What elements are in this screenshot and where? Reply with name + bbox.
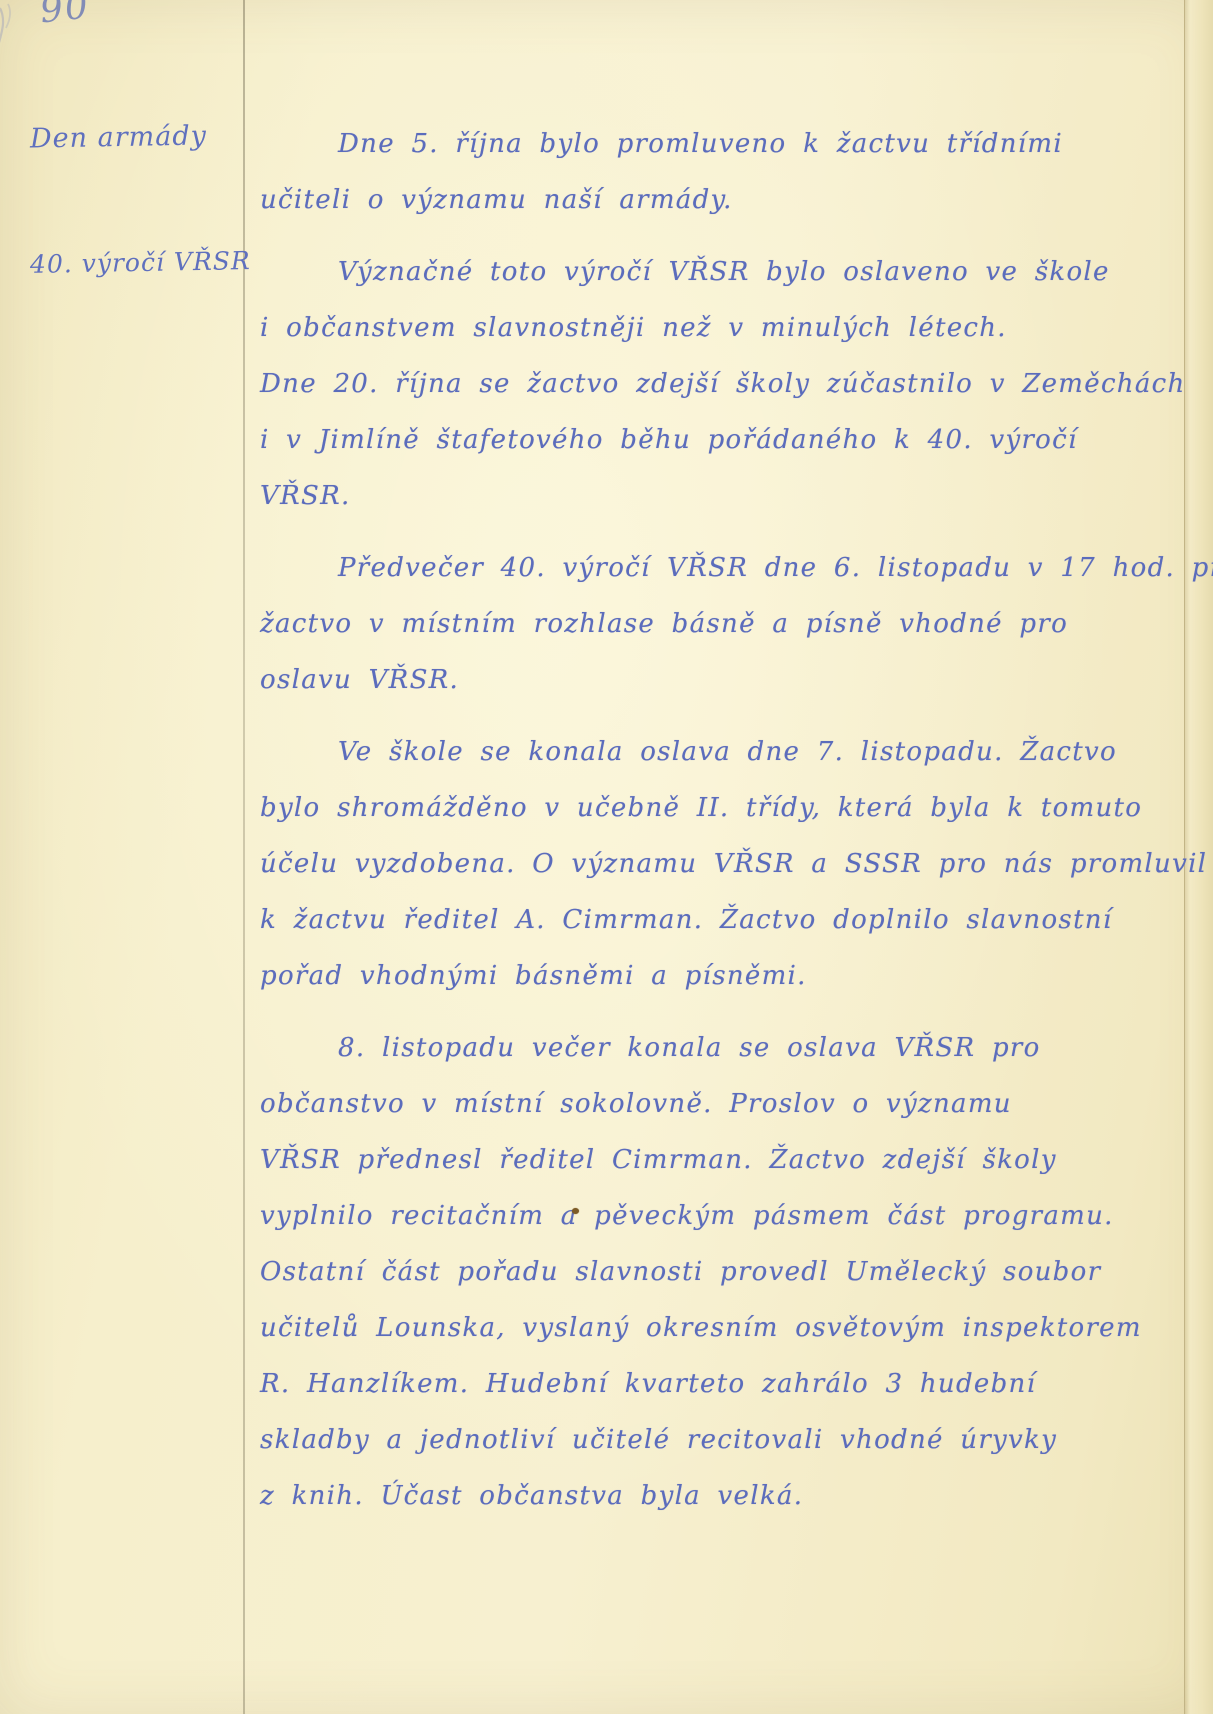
margin-note-40-vyroci-vrsr: 40. výročí VŘSR bbox=[30, 246, 251, 279]
paragraph-vyroci-oslavy: Význačné toto výročí VŘSR bylo oslaveno … bbox=[260, 244, 1210, 524]
handwritten-line: oslavu VŘSR. bbox=[260, 652, 1210, 708]
handwritten-line: žactvo v místním rozhlase básně a písně … bbox=[260, 596, 1210, 652]
paragraph-den-armady: Dne 5. října bylo promluveno k žactvu tř… bbox=[260, 116, 1210, 228]
paragraph-oslava-obcanstvo: 8. listopadu večer konala se oslava VŘSR… bbox=[260, 1020, 1210, 1524]
handwritten-line: učitelů Lounska, vyslaný okresním osvěto… bbox=[260, 1300, 1210, 1356]
chronicle-page: 90 Den armády 40. výročí VŘSR Dne 5. říj… bbox=[0, 0, 1213, 1714]
handwritten-line: k žactvu ředitel A. Cimrman. Žactvo dopl… bbox=[260, 892, 1210, 948]
handwritten-line: z knih. Účast občanstva byla velká. bbox=[260, 1468, 1210, 1524]
handwritten-line: pořad vhodnými básněmi a písněmi. bbox=[260, 948, 1210, 1004]
handwritten-line: skladby a jednotliví učitelé recitovali … bbox=[260, 1412, 1210, 1468]
handwritten-line: Dne 20. října se žactvo zdejší školy zúč… bbox=[260, 356, 1210, 412]
handwritten-line: Dne 5. října bylo promluveno k žactvu tř… bbox=[260, 116, 1210, 172]
paragraph-oslava-ve-skole: Ve škole se konala oslava dne 7. listopa… bbox=[260, 724, 1210, 1004]
handwritten-line: občanstvo v místní sokolovně. Proslov o … bbox=[260, 1076, 1210, 1132]
handwritten-line: účelu vyzdobena. O významu VŘSR a SSSR p… bbox=[260, 836, 1210, 892]
handwritten-line: 8. listopadu večer konala se oslava VŘSR… bbox=[260, 1020, 1210, 1076]
handwritten-line: Význačné toto výročí VŘSR bylo oslaveno … bbox=[260, 244, 1210, 300]
margin-note-den-armady: Den armády bbox=[30, 120, 207, 154]
page-number: 90 bbox=[38, 0, 92, 31]
handwritten-line: i v Jimlíně štafetového běhu pořádaného … bbox=[260, 412, 1210, 468]
handwritten-line: i občanstvem slavnostněji než v minulých… bbox=[260, 300, 1210, 356]
handwritten-line: R. Hanzlíkem. Hudební kvarteto zahrálo 3… bbox=[260, 1356, 1210, 1412]
handwritten-line: Ve škole se konala oslava dne 7. listopa… bbox=[260, 724, 1210, 780]
handwritten-line: Ostatní část pořadu slavnosti provedl Um… bbox=[260, 1244, 1210, 1300]
handwritten-line: vyplnilo recitačním a pěveckým pásmem čá… bbox=[260, 1188, 1210, 1244]
handwritten-line: bylo shromážděno v učebně II. třídy, kte… bbox=[260, 780, 1210, 836]
paragraph-predvecer: Předvečer 40. výročí VŘSR dne 6. listopa… bbox=[260, 540, 1210, 708]
handwritten-line: VŘSR. bbox=[260, 468, 1210, 524]
handwritten-text-block: Dne 5. října bylo promluveno k žactvu tř… bbox=[260, 116, 1210, 1540]
ink-blot bbox=[572, 1208, 579, 1214]
handwritten-line: učiteli o významu naší armády. bbox=[260, 172, 1210, 228]
handwritten-line: VŘSR přednesl ředitel Cimrman. Žactvo zd… bbox=[260, 1132, 1210, 1188]
handwritten-line: Předvečer 40. výročí VŘSR dne 6. listopa… bbox=[260, 540, 1210, 596]
